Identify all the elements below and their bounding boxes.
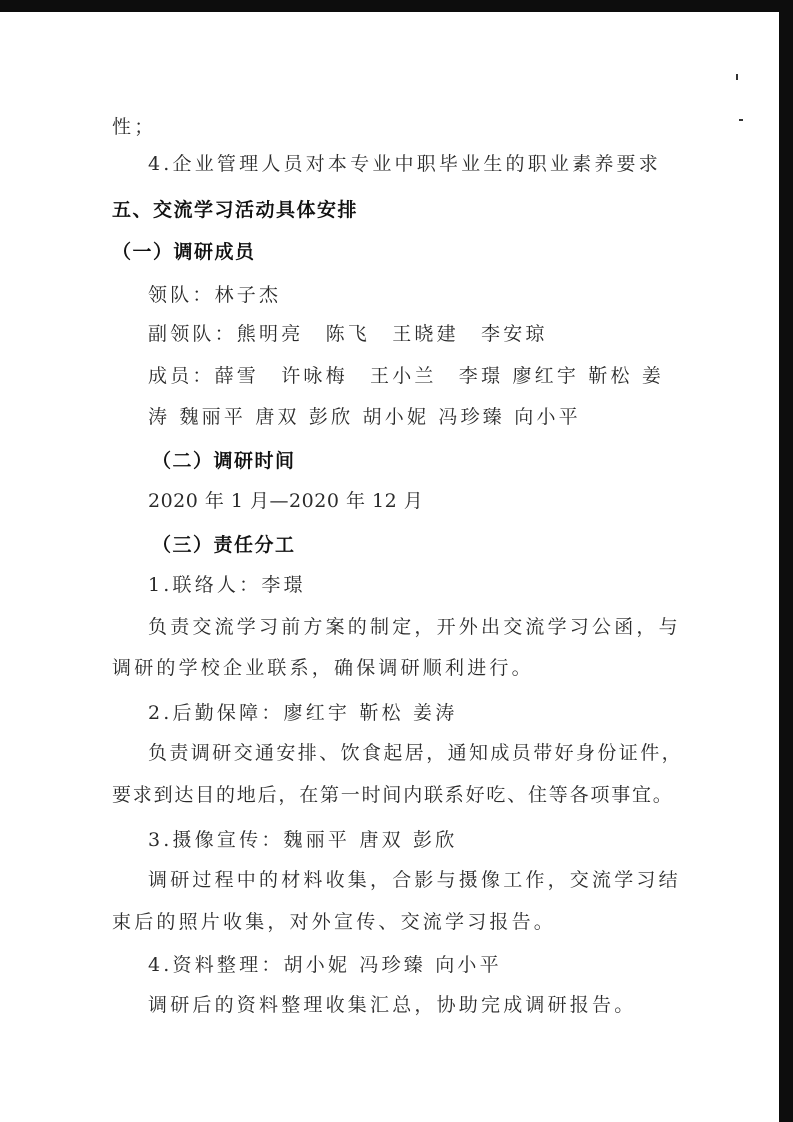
liaison-desc-1: 负责交流学习前方案的制定，开外出交流学习公函，与	[148, 615, 681, 639]
research-period: 2020 年 1 月—2020 年 12 月	[148, 489, 423, 513]
scan-speck	[739, 119, 743, 121]
paragraph-continuation: 性；	[112, 115, 156, 139]
role-documentation: 4.资料整理：胡小妮 冯珍臻 向小平	[148, 953, 502, 977]
subheading-responsibilities: （三）责任分工	[152, 533, 296, 557]
scan-speck	[736, 74, 738, 80]
logistics-desc-2: 要求到达目的地后，在第一时间内联系好吃、住等各项事宜。	[112, 783, 674, 807]
subheading-time: （二）调研时间	[152, 449, 296, 473]
subheading-members: （一）调研成员	[112, 240, 256, 264]
photography-desc-1: 调研过程中的材料收集，合影与摄像工作，交流学习结	[148, 868, 681, 892]
members-line-2: 涛 魏丽平 唐双 彭欣 胡小妮 冯珍臻 向小平	[148, 405, 581, 429]
role-liaison: 1.联络人：李璟	[148, 573, 306, 597]
members-line-1: 成员：薛雪 许咏梅 王小兰 李璟 廖红宇 靳松 姜	[148, 364, 664, 388]
logistics-desc-1: 负责调研交通安排、饮食起居，通知成员带好身份证件，	[148, 741, 683, 765]
section-heading-5: 五、交流学习活动具体安排	[112, 198, 358, 222]
scan-border-top	[0, 0, 793, 12]
scan-border-right	[779, 0, 793, 1122]
liaison-desc-2: 调研的学校企业联系，确保调研顺利进行。	[112, 656, 534, 680]
role-photography: 3.摄像宣传：魏丽平 唐双 彭欣	[148, 828, 457, 852]
deputy-leaders: 副领队：熊明亮 陈飞 王晓建 李安琼	[148, 322, 548, 346]
documentation-desc: 调研后的资料整理收集汇总，协助完成调研报告。	[148, 993, 636, 1017]
list-item-4: 4.企业管理人员对本专业中职毕业生的职业素养要求	[148, 152, 661, 176]
team-leader: 领队：林子杰	[148, 283, 281, 307]
photography-desc-2: 束后的照片收集，对外宣传、交流学习报告。	[112, 910, 556, 934]
role-logistics: 2.后勤保障：廖红宇 靳松 姜涛	[148, 701, 457, 725]
